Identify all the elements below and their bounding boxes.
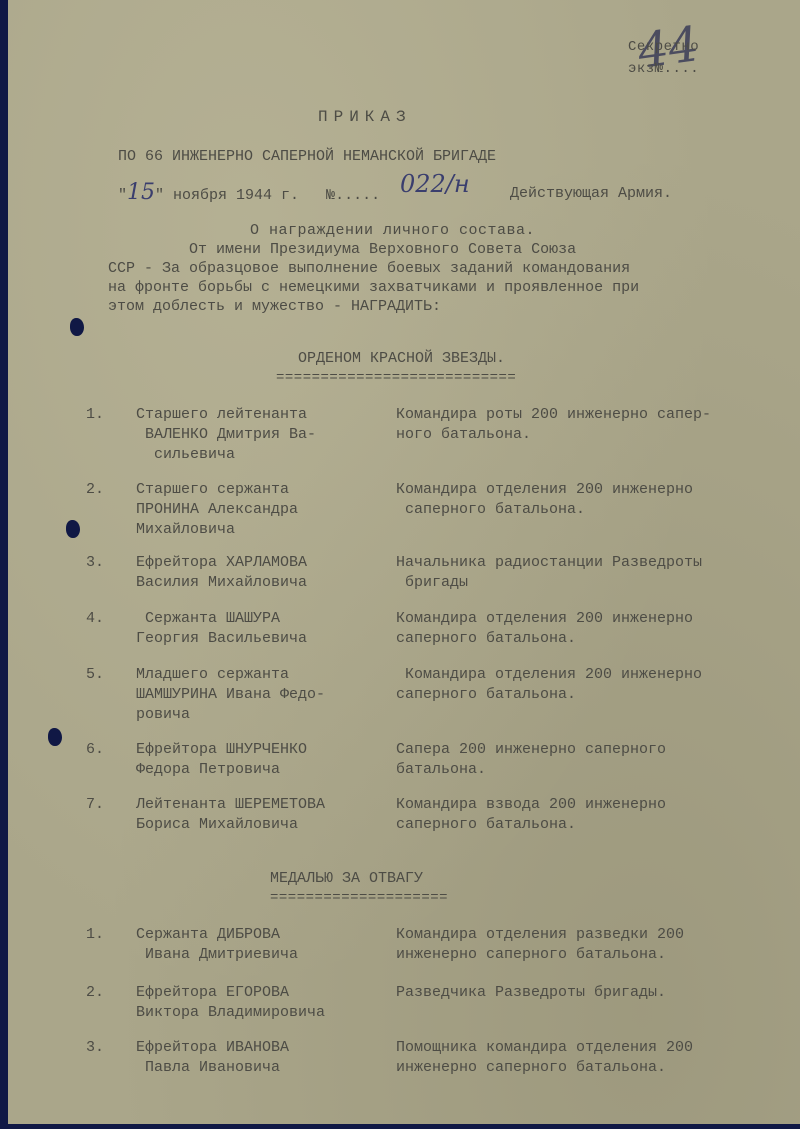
recipient-position: Командира взвода 200 инженерно саперного…	[396, 795, 666, 835]
date-line: "15" ноября 1944 г. №.....	[118, 180, 380, 205]
entry-number: 1.	[86, 405, 104, 425]
date-open-quote: "	[118, 187, 127, 204]
recipient-name: Ефрейтора ХАРЛАМОВА Василия Михайловича	[136, 553, 307, 593]
section-rule: ====================	[270, 890, 448, 906]
recipient-name: Младшего сержанта ШАМШУРИНА Ивана Федо- …	[136, 665, 325, 725]
section-title-medal-for-courage: МЕДАЛЬЮ ЗА ОТВАГУ	[270, 870, 423, 887]
document-title: ПРИКАЗ	[318, 108, 412, 126]
recipient-position: Помощника командира отделения 200 инжене…	[396, 1038, 693, 1078]
punch-hole	[70, 318, 84, 336]
recipient-name: Сержанта ДИБРОВА Ивана Дмитриевича	[136, 925, 298, 965]
entry-number: 6.	[86, 740, 104, 760]
recipient-position: Разведчика Разведроты бригады.	[396, 983, 666, 1003]
entry-number: 1.	[86, 925, 104, 945]
date-rest: " ноября 1944 г.	[155, 187, 299, 204]
date-day: 15	[127, 180, 155, 205]
entry-number: 3.	[86, 553, 104, 573]
recipient-position: Командира отделения разведки 200 инженер…	[396, 925, 684, 965]
order-number-label: №.....	[326, 187, 380, 204]
recipient-name: Сержанта ШАШУРА Георгия Васильевича	[136, 609, 307, 649]
recipient-position: Начальника радиостанции Разведроты брига…	[396, 553, 702, 593]
order-number: 022/н	[400, 170, 470, 198]
unit-subtitle: ПО 66 ИНЖЕНЕРНО САПЕРНОЙ НЕМАНСКОЙ БРИГА…	[118, 148, 496, 165]
recipient-position: Сапера 200 инженерно саперного батальона…	[396, 740, 666, 780]
recipient-name: Ефрейтора ШНУРЧЕНКО Федора Петровича	[136, 740, 307, 780]
recipient-name: Старшего сержанта ПРОНИНА Александра Мих…	[136, 480, 298, 540]
entry-number: 2.	[86, 480, 104, 500]
section-title-red-star: ОРДЕНОМ КРАСНОЙ ЗВЕЗДЫ.	[298, 350, 505, 367]
punch-hole	[66, 520, 80, 538]
document-page: 44 Секретно экз№.... ПРИКАЗ ПО 66 ИНЖЕНЕ…	[8, 0, 800, 1124]
recipient-position: Командира отделения 200 инженерно саперн…	[396, 609, 693, 649]
recipient-name: Старшего лейтенанта ВАЛЕНКО Дмитрия Ва- …	[136, 405, 316, 465]
entry-number: 4.	[86, 609, 104, 629]
entry-number: 2.	[86, 983, 104, 1003]
entry-number: 5.	[86, 665, 104, 685]
order-preamble: От имени Президиума Верховного Совета Со…	[108, 240, 639, 316]
recipient-position: Командира отделения 200 инженерно саперн…	[396, 480, 693, 520]
entry-number: 7.	[86, 795, 104, 815]
recipient-name: Ефрейтора ИВАНОВА Павла Ивановича	[136, 1038, 289, 1078]
army-label: Действующая Армия.	[510, 185, 672, 202]
secret-stamp: Секретно экз№....	[628, 36, 699, 80]
recipient-name: Ефрейтора ЕГОРОВА Виктора Владимировича	[136, 983, 325, 1023]
entry-number: 3.	[86, 1038, 104, 1058]
recipient-name: Лейтенанта ШЕРЕМЕТОВА Бориса Михайловича	[136, 795, 325, 835]
punch-hole	[48, 728, 62, 746]
recipient-position: Командира роты 200 инженерно сапер- ного…	[396, 405, 711, 445]
section-rule: ===========================	[276, 370, 516, 386]
recipient-position: Командира отделения 200 инженерно саперн…	[396, 665, 702, 705]
order-subject: О награждении личного состава.	[250, 222, 535, 239]
